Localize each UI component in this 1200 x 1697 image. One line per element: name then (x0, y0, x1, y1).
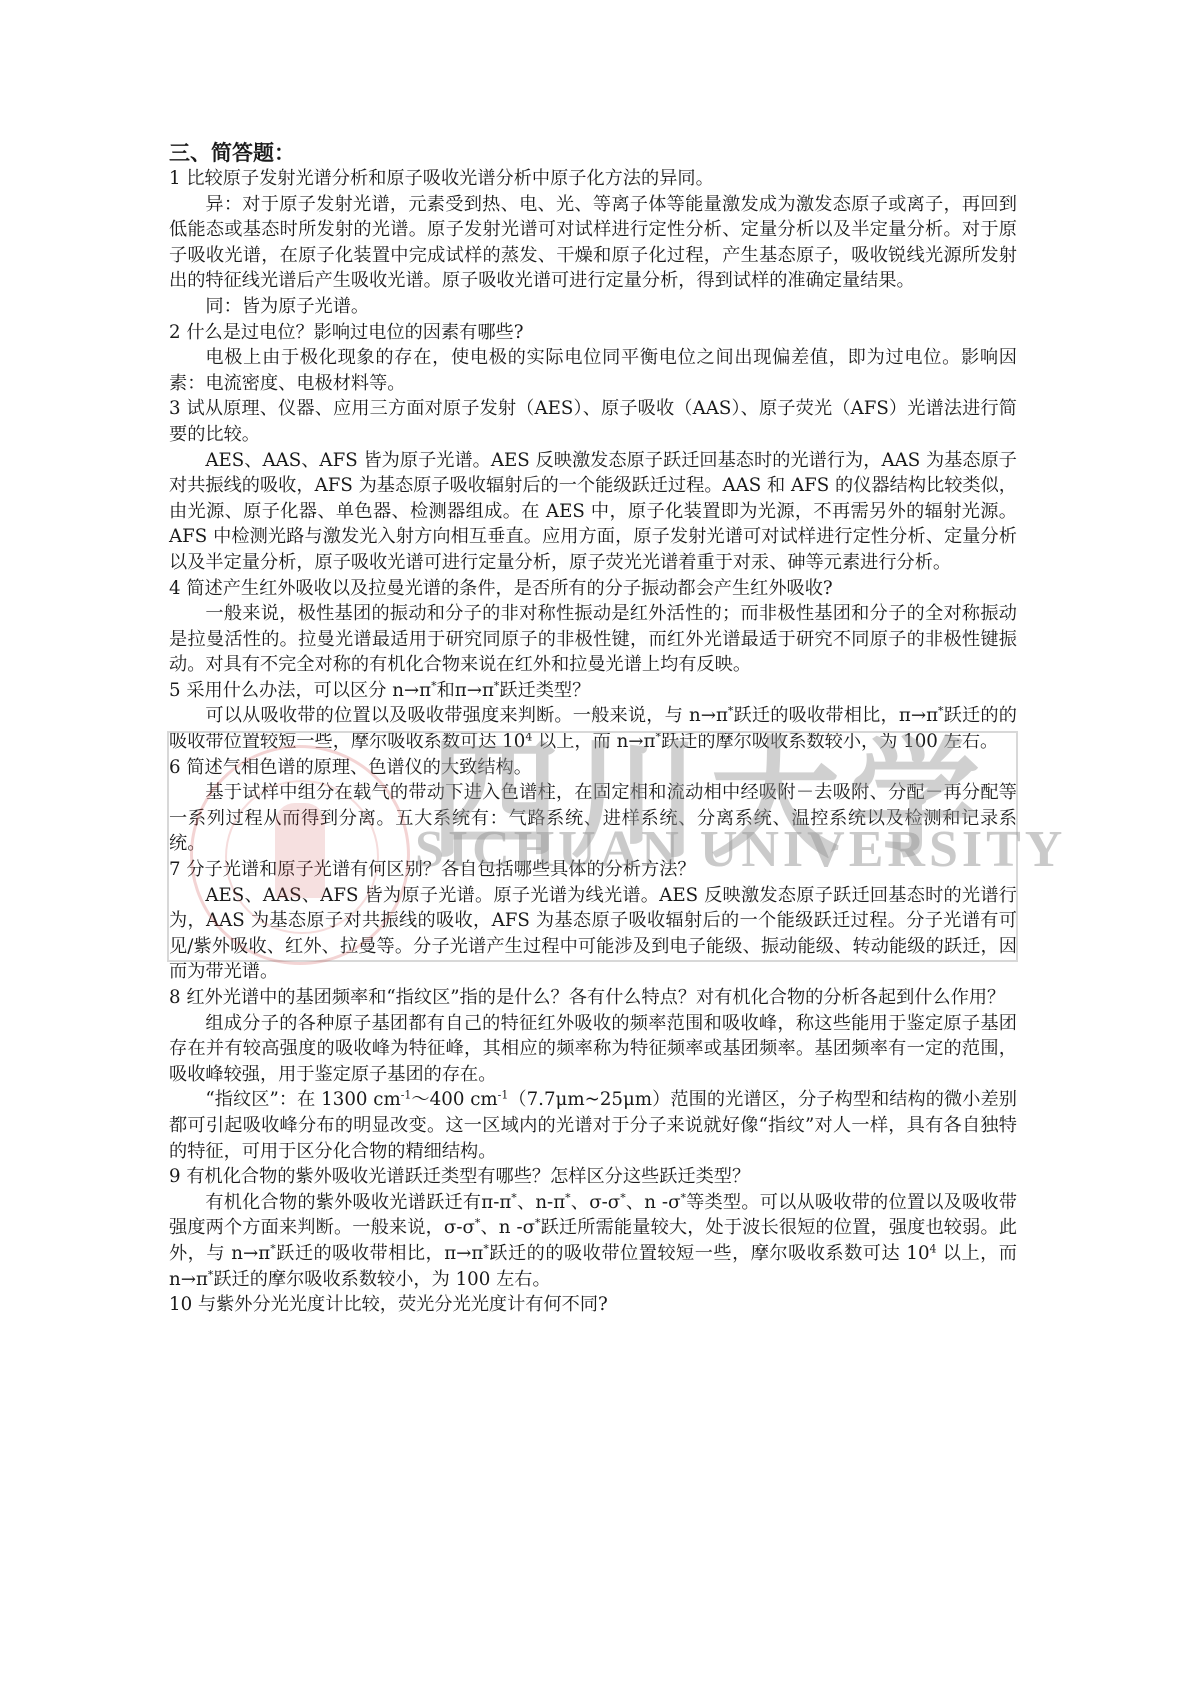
answer-8-group-frequency: 组成分子的各种原子基团都有自己的特征红外吸收的频率范围和吸收峰，称这些能用于鉴定… (169, 1011, 1017, 1088)
question-3: 3 试从原理、仪器、应用三方面对原子发射（AES）、原子吸收（AAS）、原子荧光… (169, 396, 1017, 447)
question-8: 8 红外光谱中的基团频率和“指纹区”指的是什么？各有什么特点？对有机化合物的分析… (169, 985, 1017, 1011)
answer-9: 有机化合物的紫外吸收光谱跃迁有π-π*、n-π*、σ-σ*、n -σ*等类型。可… (169, 1190, 1017, 1292)
section-title: 三、简答题： (169, 140, 1017, 166)
question-6: 6 简述气相色谱的原理、色谱仪的大致结构。 (169, 755, 1017, 781)
answer-1-same: 同：皆为原子光谱。 (169, 294, 1017, 320)
answer-1-diff: 异：对于原子发射光谱，元素受到热、电、光、等离子体等能量激发成为激发态原子或离子… (169, 192, 1017, 294)
answer-4: 一般来说，极性基团的振动和分子的非对称性振动是红外活性的；而非极性基团和分子的全… (169, 601, 1017, 678)
answer-3: AES、AAS、AFS 皆为原子光谱。AES 反映激发态原子跃迁回基态时的光谱行… (169, 448, 1017, 576)
question-2: 2 什么是过电位？影响过电位的因素有哪些? (169, 320, 1017, 346)
question-5: 5 采用什么办法，可以区分 n→π*和π→π*跃迁类型？ (169, 678, 1017, 704)
answer-6: 基于试样中组分在载气的带动下进入色谱柱，在固定相和流动相中经吸附－去吸附、分配－… (169, 780, 1017, 857)
answer-8-fingerprint: “指纹区”：在 1300 cm-1～400 cm-1（7.7μm~25μm）范围… (169, 1087, 1017, 1164)
answer-5: 可以从吸收带的位置以及吸收带强度来判断。一般来说，与 n→π*跃迁的吸收带相比，… (169, 703, 1017, 754)
answer-7: AES、AAS、AFS 皆为原子光谱。原子光谱为线光谱。AES 反映激发态原子跃… (169, 883, 1017, 985)
document-page: 三、简答题： 1 比较原子发射光谱分析和原子吸收光谱分析中原子化方法的异同。 异… (169, 140, 1017, 1318)
question-9: 9 有机化合物的紫外吸收光谱跃迁类型有哪些？怎样区分这些跃迁类型？ (169, 1164, 1017, 1190)
question-4: 4 简述产生红外吸收以及拉曼光谱的条件，是否所有的分子振动都会产生红外吸收? (169, 576, 1017, 602)
question-10: 10 与紫外分光光度计比较，荧光分光光度计有何不同? (169, 1292, 1017, 1318)
question-7: 7 分子光谱和原子光谱有何区别？各自包括哪些具体的分析方法？ (169, 857, 1017, 883)
question-1: 1 比较原子发射光谱分析和原子吸收光谱分析中原子化方法的异同。 (169, 166, 1017, 192)
answer-2: 电极上由于极化现象的存在，使电极的实际电位同平衡电位之间出现偏差值，即为过电位。… (169, 345, 1017, 396)
